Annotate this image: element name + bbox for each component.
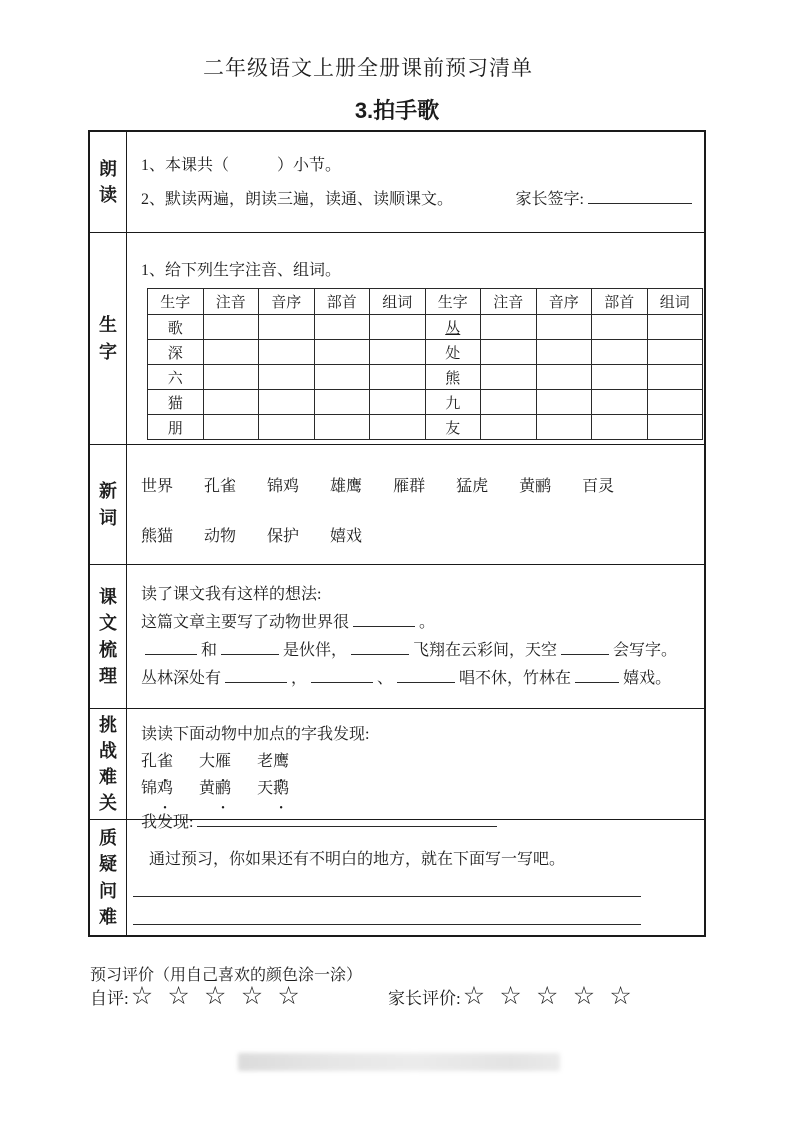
table-row: 猫 九 xyxy=(148,390,703,415)
section-label: 新词 xyxy=(98,478,118,530)
fill-in-blank xyxy=(221,639,279,655)
empty-cell xyxy=(314,415,370,440)
animal-word: 锦鸡 xyxy=(141,780,173,797)
animal-word: 孔雀 xyxy=(141,753,173,770)
empty-cell xyxy=(314,315,370,340)
challenge-instruction: 读读下面动物中加点的字我发现: xyxy=(141,721,698,748)
fill-in-blank xyxy=(225,667,287,683)
outline-line-4: 丛林深处有，、唱不休，竹林在嬉戏。 xyxy=(141,665,698,693)
empty-cell xyxy=(259,365,315,390)
new-word: 嬉戏 xyxy=(330,528,362,545)
col-header: 部首 xyxy=(592,289,648,315)
outline-line-1: 读了课文我有这样的想法: xyxy=(141,581,698,609)
section-new-characters: 生字 1、给下列生字注音、组词。 生字 注音 音序 部首 组词 生字 注音 音序… xyxy=(90,233,704,445)
fill-in-blank xyxy=(351,639,409,655)
section-label-cell: 朗读 xyxy=(90,132,127,232)
document-title: 二年级语文上册全册课前预习清单 xyxy=(78,52,658,82)
section-label: 朗读 xyxy=(98,156,118,208)
animal-word: 大雁 xyxy=(199,753,231,770)
empty-cell xyxy=(370,315,426,340)
char: 老 xyxy=(257,753,273,770)
empty-cell xyxy=(370,340,426,365)
character-cell: 猫 xyxy=(148,390,204,415)
new-words-row-1: 世界 孔雀 锦鸡 雄鹰 雁群 猛虎 黄鹂 百灵 xyxy=(141,473,704,496)
char: 天 xyxy=(257,780,273,797)
empty-cell xyxy=(259,340,315,365)
answer-line xyxy=(133,869,641,897)
new-word: 世界 xyxy=(141,478,173,495)
worksheet-page: 二年级语文上册全册课前预习清单 3.拍手歌 朗读 1、本课共（ ）小节。 2、默… xyxy=(0,0,793,1122)
new-word: 孔雀 xyxy=(204,478,236,495)
empty-cell xyxy=(314,365,370,390)
section-challenge: 挑战难关 读读下面动物中加点的字我发现: 孔雀 大雁 老鹰 锦鸡 黄鹂 天鹅 xyxy=(90,709,704,820)
reading-item-2-row: 2、默读两遍，朗读三遍，读通、读顺课文。 家长签字: xyxy=(141,186,696,209)
fill-in-blank xyxy=(145,639,197,655)
new-word: 保护 xyxy=(267,528,299,545)
section-label: 质疑问难 xyxy=(98,825,118,929)
col-header: 部首 xyxy=(314,289,370,315)
col-header: 音序 xyxy=(536,289,592,315)
outline-text: 、 xyxy=(377,670,393,687)
fill-in-blank xyxy=(397,667,455,683)
outline-line-3: 和是伙伴，飞翔在云彩间，天空会写字。 xyxy=(141,637,698,665)
characters-instruction: 1、给下列生字注音、组词。 xyxy=(141,257,704,280)
new-word: 锦鸡 xyxy=(267,478,299,495)
empty-cell xyxy=(536,365,592,390)
empty-cell xyxy=(481,415,537,440)
answer-line xyxy=(133,897,641,925)
empty-cell xyxy=(314,340,370,365)
empty-cell xyxy=(370,390,426,415)
empty-cell xyxy=(481,315,537,340)
outline-text: 嬉戏。 xyxy=(623,670,671,687)
outline-text: ， xyxy=(291,670,307,687)
new-word: 熊猫 xyxy=(141,528,173,545)
outline-text: 这篇文章主要写了动物世界很 xyxy=(141,614,349,631)
fill-in-blank xyxy=(575,667,619,683)
section-label: 课文梳理 xyxy=(98,584,118,688)
section-questions: 质疑问难 通过预习，你如果还有不明白的地方，就在下面写一写吧。 xyxy=(90,820,704,935)
new-word: 百灵 xyxy=(582,478,614,495)
col-header: 音序 xyxy=(259,289,315,315)
watermark-blur xyxy=(238,1053,560,1071)
parent-signature-label: 家长签字: xyxy=(516,186,584,209)
empty-cell xyxy=(259,415,315,440)
animal-word: 天鹅 xyxy=(257,780,289,797)
empty-cell xyxy=(314,390,370,415)
fill-in-blank xyxy=(311,667,373,683)
col-header: 生字 xyxy=(425,289,481,315)
characters-table-header: 生字 注音 音序 部首 组词 生字 注音 音序 部首 组词 xyxy=(148,289,703,315)
col-header: 注音 xyxy=(481,289,537,315)
outline-text: 读了课文我有这样的想法: xyxy=(141,586,321,603)
empty-cell xyxy=(203,390,259,415)
char: 孔 xyxy=(141,753,157,770)
section-content: 1、给下列生字注音、组词。 生字 注音 音序 部首 组词 生字 注音 音序 部首… xyxy=(127,233,704,444)
empty-cell xyxy=(592,390,648,415)
section-new-words: 新词 世界 孔雀 锦鸡 雄鹰 雁群 猛虎 黄鹂 百灵 熊猫 动物 保护 嬉戏 xyxy=(90,445,704,565)
star-rating: ☆ ☆ ☆ ☆ ☆ xyxy=(463,981,636,1011)
challenge-row-1: 孔雀 大雁 老鹰 xyxy=(141,748,698,775)
empty-cell xyxy=(370,365,426,390)
parent-evaluation: 家长评价: ☆ ☆ ☆ ☆ ☆ xyxy=(388,981,636,1011)
table-row: 六 熊 xyxy=(148,365,703,390)
reading-item-2: 2、默读两遍，朗读三遍，读通、读顺课文。 xyxy=(141,186,453,209)
characters-table: 生字 注音 音序 部首 组词 生字 注音 音序 部首 组词 歌 丛 xyxy=(147,288,703,440)
empty-cell xyxy=(259,390,315,415)
animal-word: 老鹰 xyxy=(257,753,289,770)
empty-cell xyxy=(647,365,703,390)
outline-text: 唱不休，竹林在 xyxy=(459,670,571,687)
new-words-row-2: 熊猫 动物 保护 嬉戏 xyxy=(141,523,704,546)
outline-text: 和 xyxy=(201,642,217,659)
outline-text: 是伙伴， xyxy=(283,642,347,659)
empty-cell xyxy=(647,390,703,415)
empty-cell xyxy=(203,340,259,365)
outline-body: 读了课文我有这样的想法: 这篇文章主要写了动物世界很。 和是伙伴，飞翔在云彩间，… xyxy=(141,581,698,693)
character-cell: 友 xyxy=(425,415,481,440)
empty-cell xyxy=(647,315,703,340)
questions-instruction: 通过预习，你如果还有不明白的地方，就在下面写一写吧。 xyxy=(149,846,704,869)
empty-cell xyxy=(592,365,648,390)
new-word: 雁群 xyxy=(393,478,425,495)
section-content: 世界 孔雀 锦鸡 雄鹰 雁群 猛虎 黄鹂 百灵 熊猫 动物 保护 嬉戏 xyxy=(127,445,704,564)
character-cell: 六 xyxy=(148,365,204,390)
section-content: 通过预习，你如果还有不明白的地方，就在下面写一写吧。 xyxy=(127,820,704,935)
section-label: 生字 xyxy=(98,312,118,364)
section-text-outline: 课文梳理 读了课文我有这样的想法: 这篇文章主要写了动物世界很。 和是伙伴，飞翔… xyxy=(90,565,704,709)
empty-cell xyxy=(592,340,648,365)
dotted-char: 鹂 xyxy=(215,775,231,802)
outline-text: 会写字。 xyxy=(613,642,677,659)
challenge-row-2: 锦鸡 黄鹂 天鹅 xyxy=(141,775,698,802)
empty-cell xyxy=(647,340,703,365)
empty-cell xyxy=(647,415,703,440)
new-word: 动物 xyxy=(204,528,236,545)
character-cell: 丛 xyxy=(425,315,481,340)
dotted-char: 雁 xyxy=(215,748,231,775)
section-label-cell: 挑战难关 xyxy=(90,709,127,819)
empty-cell xyxy=(592,415,648,440)
empty-cell xyxy=(536,390,592,415)
outline-text: 飞翔在云彩间，天空 xyxy=(413,642,557,659)
new-word: 黄鹂 xyxy=(519,478,551,495)
section-content: 1、本课共（ ）小节。 2、默读两遍，朗读三遍，读通、读顺课文。 家长签字: xyxy=(127,132,704,232)
outline-text: 。 xyxy=(419,614,435,631)
col-header: 生字 xyxy=(148,289,204,315)
parent-signature-blank xyxy=(588,188,692,204)
fill-in-blank xyxy=(353,611,415,627)
section-label-cell: 生字 xyxy=(90,233,127,444)
table-row: 深 处 xyxy=(148,340,703,365)
character-cell: 处 xyxy=(425,340,481,365)
lesson-title: 3.拍手歌 xyxy=(88,94,706,125)
section-reading-aloud: 朗读 1、本课共（ ）小节。 2、默读两遍，朗读三遍，读通、读顺课文。 家长签字… xyxy=(90,132,704,233)
character-cell: 深 xyxy=(148,340,204,365)
empty-cell xyxy=(203,365,259,390)
outline-text: 丛林深处有 xyxy=(141,670,221,687)
char: 锦 xyxy=(141,780,157,797)
char: 大 xyxy=(199,753,215,770)
col-header: 组词 xyxy=(647,289,703,315)
star-rating: ☆ ☆ ☆ ☆ ☆ xyxy=(131,981,304,1011)
section-label-cell: 质疑问难 xyxy=(90,820,127,935)
section-content: 读读下面动物中加点的字我发现: 孔雀 大雁 老鹰 锦鸡 黄鹂 天鹅 我发现: xyxy=(127,709,704,819)
dotted-char: 鹅 xyxy=(273,775,289,802)
section-label: 挑战难关 xyxy=(98,712,118,816)
worksheet-table: 朗读 1、本课共（ ）小节。 2、默读两遍，朗读三遍，读通、读顺课文。 家长签字… xyxy=(88,130,706,937)
col-header: 注音 xyxy=(203,289,259,315)
col-header: 组词 xyxy=(370,289,426,315)
dotted-char: 鸡 xyxy=(157,775,173,802)
reading-item-1: 1、本课共（ ）小节。 xyxy=(141,152,704,175)
animal-word: 黄鹂 xyxy=(199,780,231,797)
empty-cell xyxy=(536,315,592,340)
section-label-cell: 课文梳理 xyxy=(90,565,127,708)
character-cell: 朋 xyxy=(148,415,204,440)
new-word: 猛虎 xyxy=(456,478,488,495)
empty-cell xyxy=(259,315,315,340)
self-evaluation-label: 自评: xyxy=(90,984,129,1009)
self-evaluation: 自评: ☆ ☆ ☆ ☆ ☆ xyxy=(90,981,304,1011)
section-label-cell: 新词 xyxy=(90,445,127,564)
empty-cell xyxy=(203,315,259,340)
character-cell: 熊 xyxy=(425,365,481,390)
dotted-char: 雀 xyxy=(157,748,173,775)
empty-cell xyxy=(536,340,592,365)
empty-cell xyxy=(592,315,648,340)
fill-in-blank xyxy=(561,639,609,655)
character-cell: 九 xyxy=(425,390,481,415)
empty-cell xyxy=(481,365,537,390)
outline-line-2: 这篇文章主要写了动物世界很。 xyxy=(141,609,698,637)
empty-cell xyxy=(481,340,537,365)
empty-cell xyxy=(481,390,537,415)
empty-cell xyxy=(536,415,592,440)
empty-cell xyxy=(203,415,259,440)
challenge-body: 读读下面动物中加点的字我发现: 孔雀 大雁 老鹰 锦鸡 黄鹂 天鹅 我发现: xyxy=(141,721,698,836)
table-row: 歌 丛 xyxy=(148,315,703,340)
dotted-char: 鹰 xyxy=(273,748,289,775)
char: 黄 xyxy=(199,780,215,797)
empty-cell xyxy=(370,415,426,440)
new-word: 雄鹰 xyxy=(330,478,362,495)
table-row: 朋 友 xyxy=(148,415,703,440)
parent-evaluation-label: 家长评价: xyxy=(388,984,461,1009)
character-cell: 歌 xyxy=(148,315,204,340)
section-content: 读了课文我有这样的想法: 这篇文章主要写了动物世界很。 和是伙伴，飞翔在云彩间，… xyxy=(127,565,704,708)
